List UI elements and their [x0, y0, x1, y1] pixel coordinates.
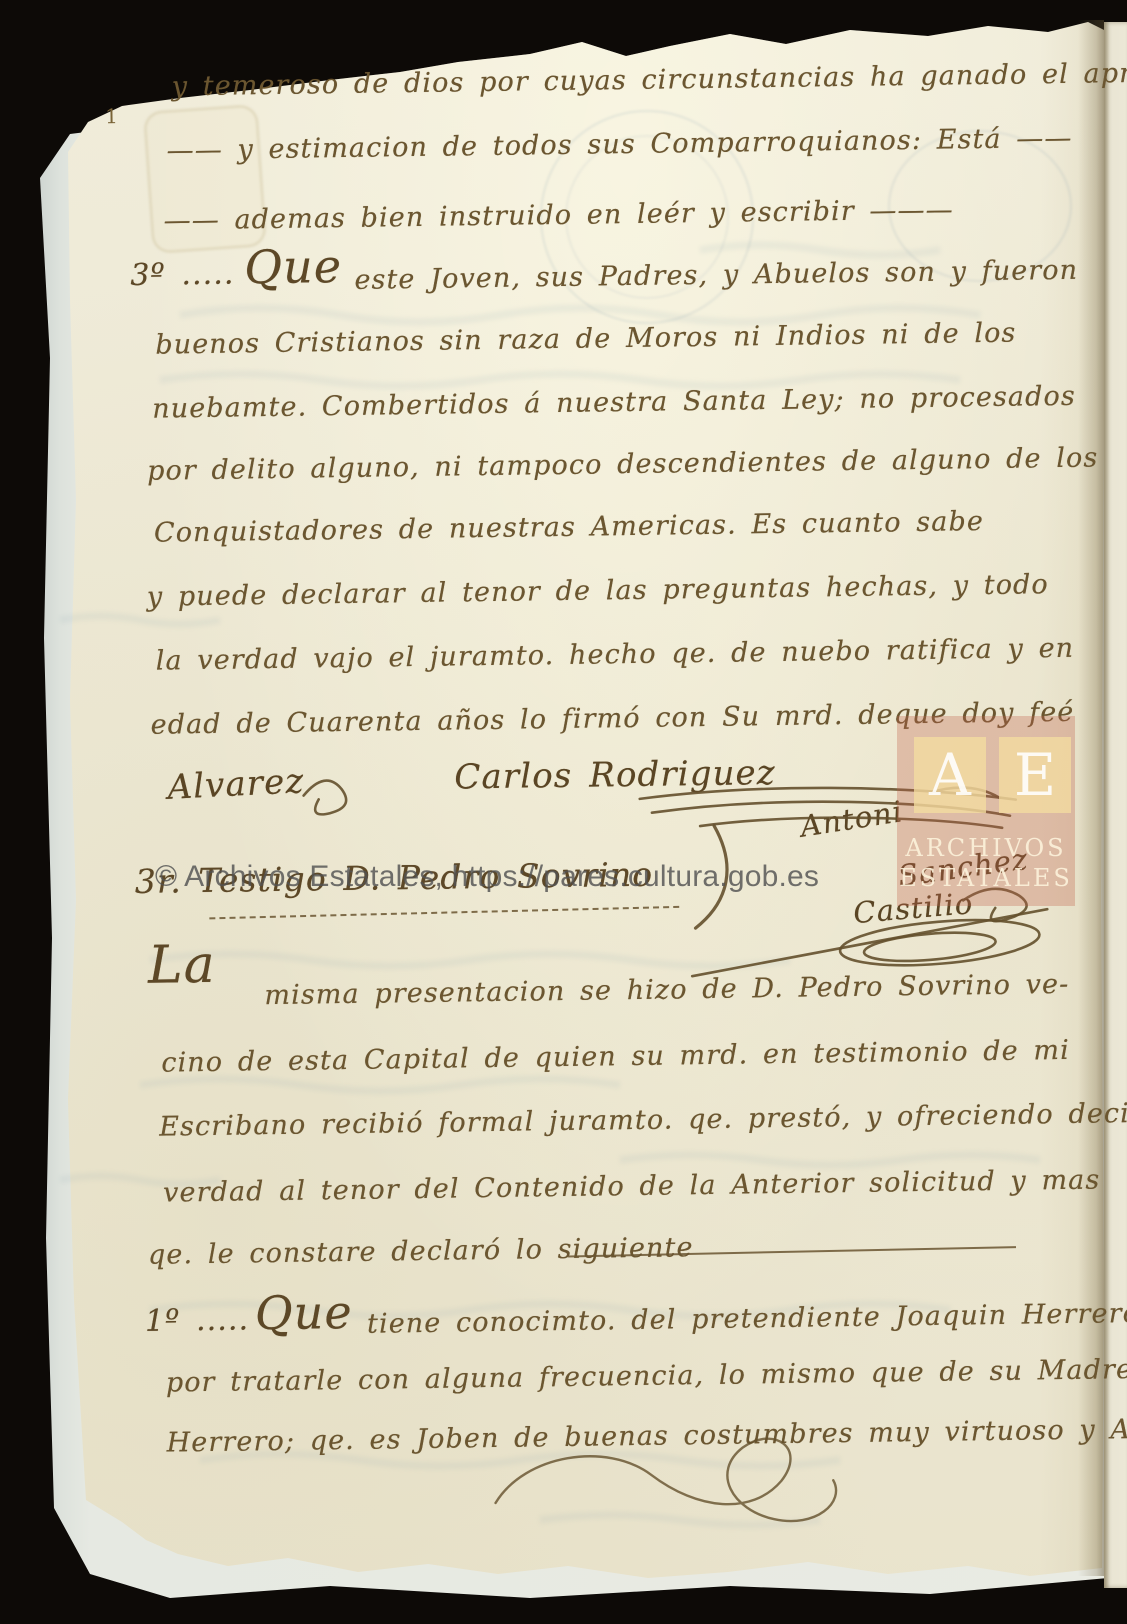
manuscript-line: —— ademas bien instruido en leér y escri… — [163, 194, 954, 236]
archive-watermark-text: © Archivos Estatales, https://pares.cult… — [155, 860, 819, 894]
manuscript-line: la verdad vajo el juramto. hecho qe. de … — [156, 633, 1075, 677]
paragraph-lead-word: La — [148, 935, 217, 996]
manuscript-line: y puede declarar al tenor de las pregunt… — [147, 569, 1049, 613]
signature-alvarez: Alvarez — [167, 761, 306, 808]
manuscript-line: Herrero; qe. es Joben de buenas costumbr… — [166, 1413, 1127, 1458]
manuscript-line: por delito alguno, ni tampoco descendien… — [147, 442, 1099, 486]
logo-caption-line1: ARCHIVOS — [897, 834, 1075, 862]
logo-caption-line2: ESTATALES — [897, 864, 1075, 892]
manuscript-line: y temeroso de dios por cuyas circunstanc… — [172, 57, 1127, 102]
logo-letter-e-tile: E — [999, 737, 1071, 813]
manuscript-line: qe. le constare declaró lo siguiente — [148, 1232, 694, 1271]
signature-carlos-rodriguez: Carlos Rodriguez — [454, 753, 776, 797]
manuscript-line: nuebamte. Combertidos á nuestra Santa Le… — [152, 381, 1076, 425]
manuscript-line: Conquistadores de nuestras Americas. Es … — [154, 506, 984, 549]
manuscript-line: por tratarle con alguna frecuencia, lo m… — [166, 1352, 1127, 1398]
manuscript-line: tiene conocimto. del pretendiente Joaqui… — [367, 1298, 1127, 1340]
item-marker: 1º ..... — [145, 1302, 250, 1338]
item-marker: 3º ..... — [130, 256, 235, 292]
manuscript-scan: 1 y temeroso de dios por cuyas circunsta… — [0, 0, 1127, 1624]
item-lead-word: Que — [244, 239, 343, 294]
archivos-estatales-logo: A E ARCHIVOS ESTATALES — [897, 716, 1075, 906]
manuscript-line: cino de esta Capital de quien su mrd. en… — [161, 1035, 1070, 1079]
manuscript-line: verdad al tenor del Contenido de la Ante… — [163, 1164, 1101, 1208]
manuscript-line: buenos Cristianos sin raza de Moros ni I… — [155, 318, 1017, 361]
logo-letter-a-tile: A — [914, 737, 986, 813]
manuscript-line: Escribano recibió formal juramto. qe. pr… — [159, 1098, 1127, 1143]
manuscript-line: —— y estimacion de todos sus Comparroqui… — [166, 123, 1072, 167]
dashed-rule — [209, 906, 679, 919]
signature-antoni: Antoni — [798, 794, 905, 843]
item-lead-word: Que — [254, 1285, 353, 1340]
manuscript-line: misma presentacion se hizo de D. Pedro S… — [264, 969, 1069, 1011]
folio-number: 1 — [105, 104, 118, 128]
manuscript-line: este Joven, sus Padres, y Abuelos son y … — [354, 255, 1078, 296]
